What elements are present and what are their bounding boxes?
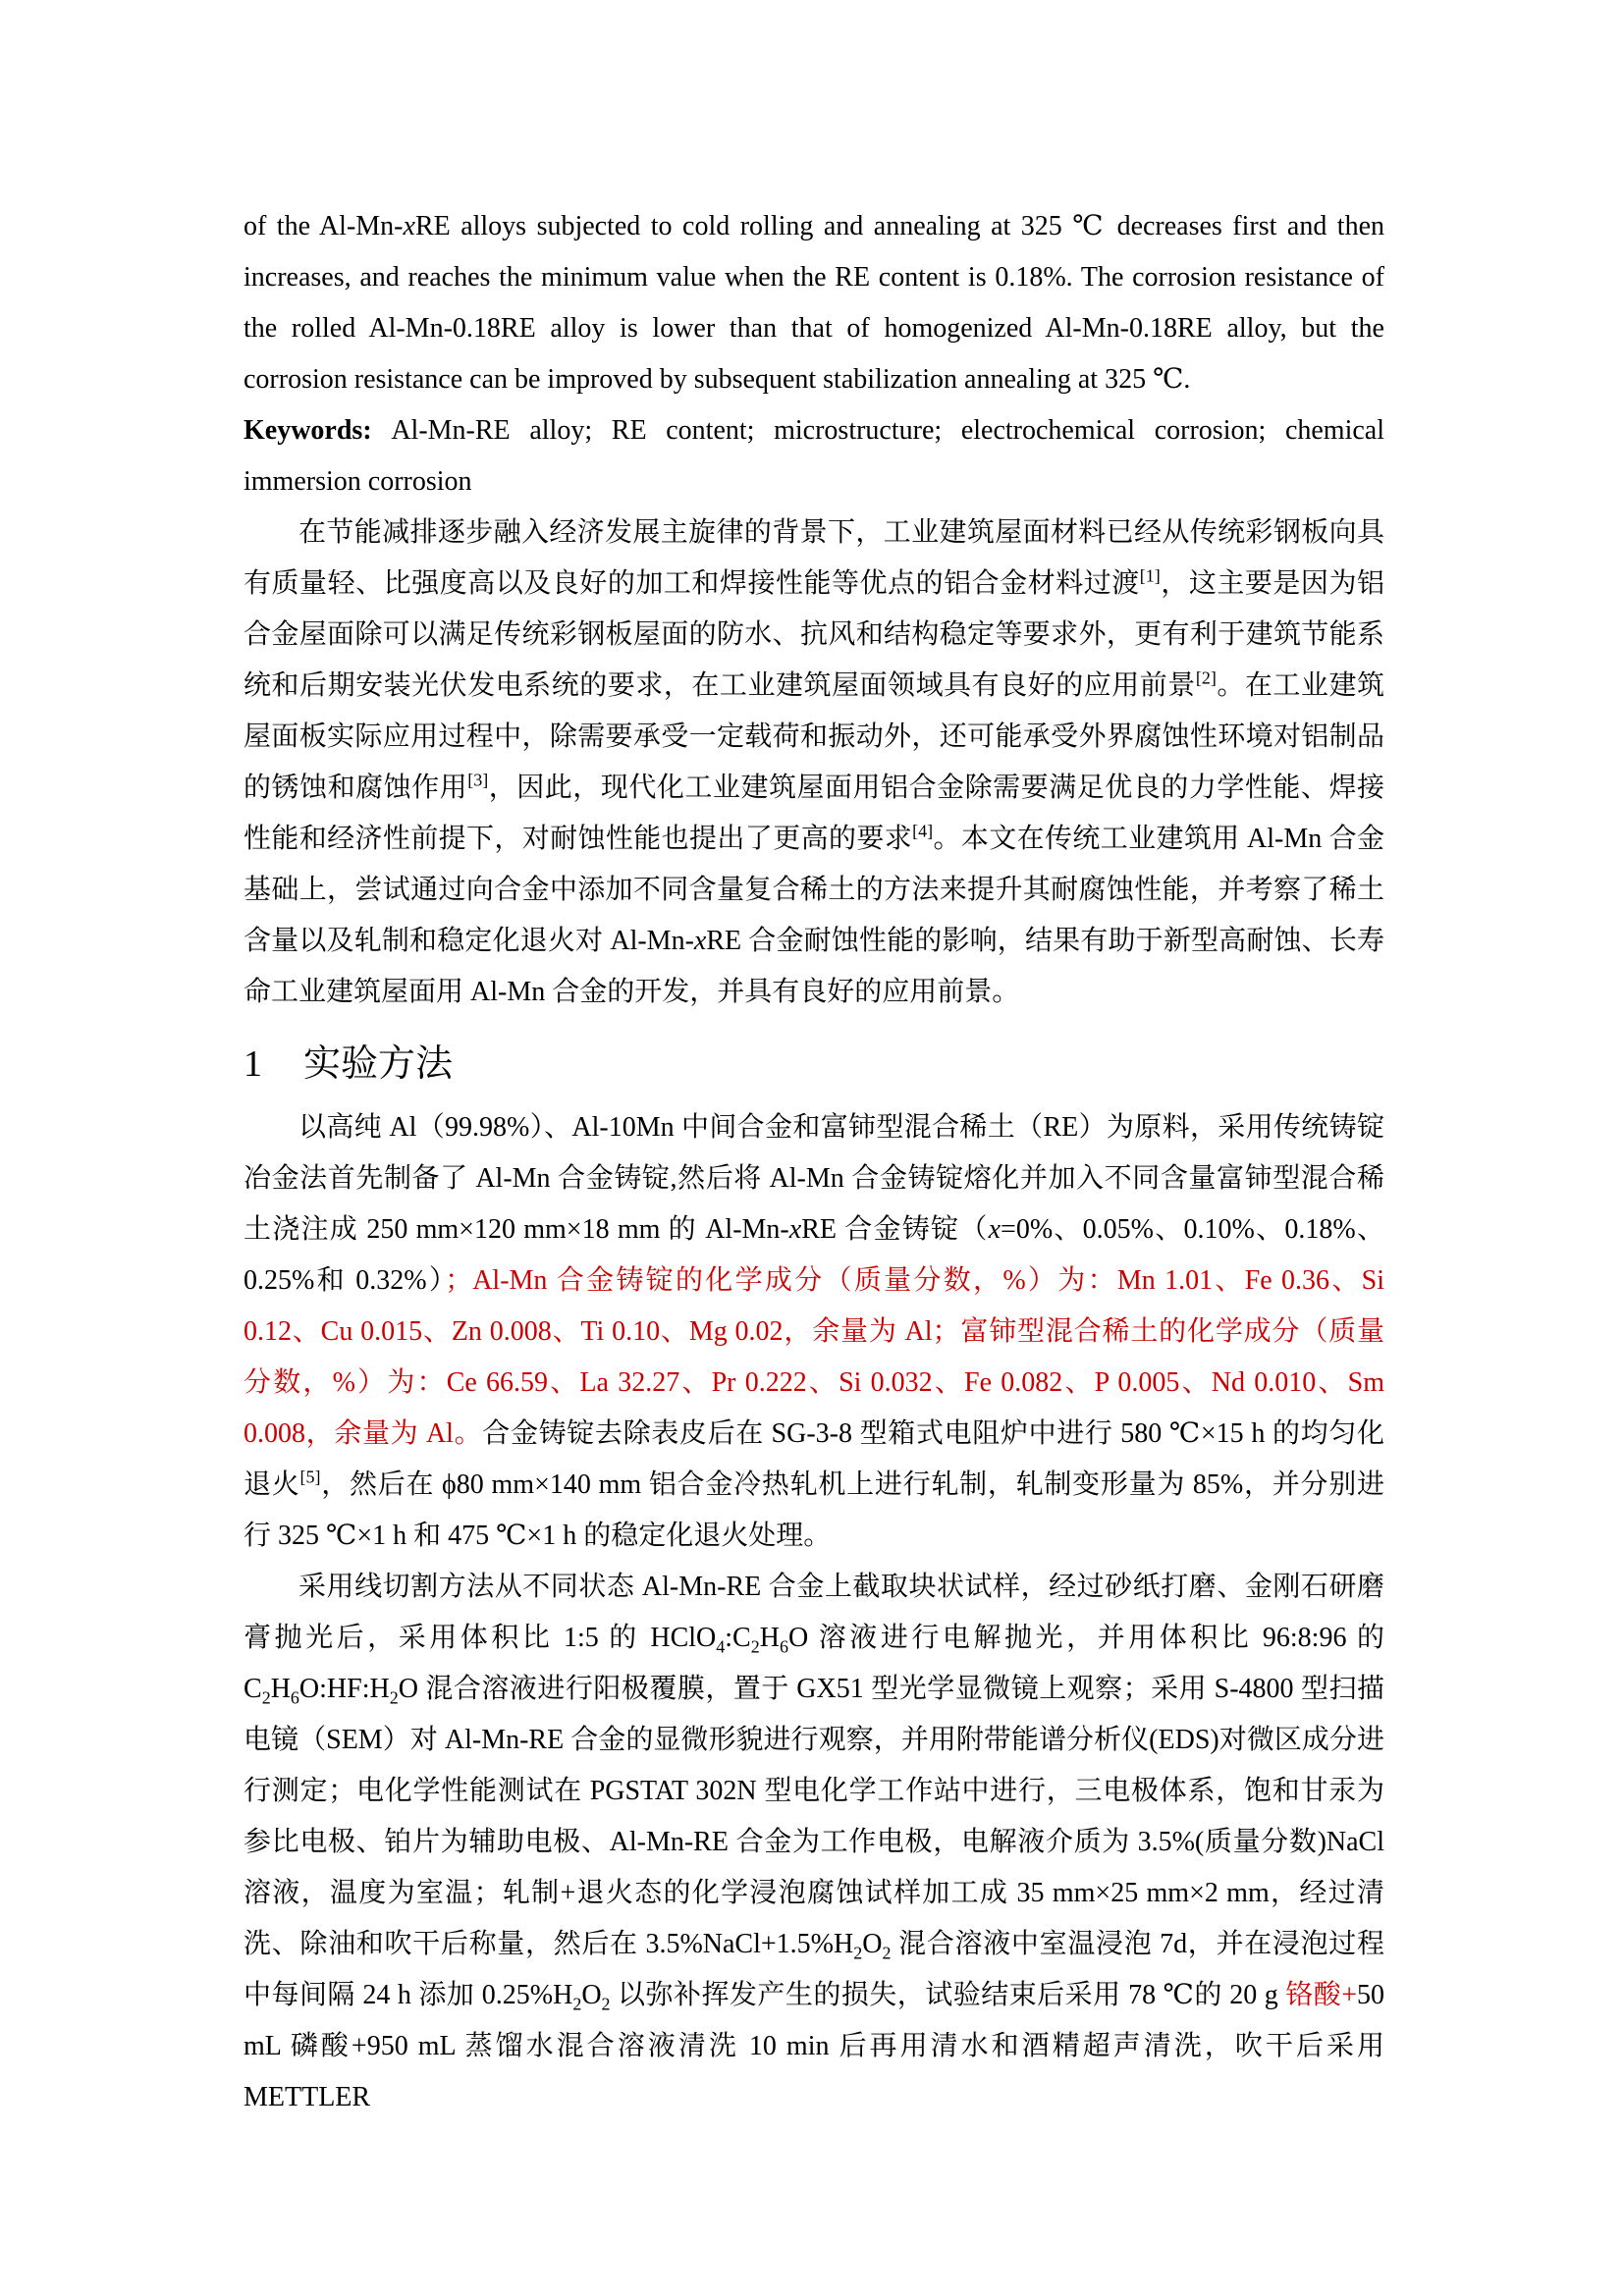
subscript-run: 6 [291, 1688, 299, 1708]
heading-number: 1 [244, 1043, 262, 1085]
subscript-run: 2 [853, 1944, 862, 1963]
citation-marker: [4] [912, 822, 933, 841]
italic-run: x [694, 926, 706, 956]
subscript-run: 2 [390, 1688, 399, 1708]
text-run: H [760, 1623, 780, 1653]
text-run: RE 合金铸锭（ [801, 1214, 988, 1245]
citation-marker: [5] [300, 1468, 321, 1487]
subscript-run: 2 [602, 1995, 611, 2014]
italic-run: x [989, 1214, 1001, 1245]
text-run: O 混合溶液进行阳极覆膜，置于 GX51 型光学显微镜上观察；采用 S-4800… [244, 1674, 1384, 1959]
text-run: RE alloys subjected to cold rolling and … [244, 211, 1384, 395]
text-run: Al-Mn-RE alloy; RE content; microstructu… [244, 415, 1384, 497]
introduction-paragraph: 在节能减排逐步融入经济发展主旋律的背景下，工业建筑屋面材料已经从传统彩钢板向具有… [244, 507, 1384, 1018]
text-run: O:HF:H [299, 1674, 390, 1704]
subscript-run: 2 [751, 1637, 760, 1657]
citation-marker: [3] [467, 771, 488, 790]
citation-marker: [1] [1140, 566, 1161, 586]
subscript-run: 6 [780, 1637, 788, 1657]
text-run: :C [725, 1623, 750, 1653]
italic-run: x [789, 1214, 801, 1245]
subscript-run: 2 [572, 1995, 581, 2014]
text-run: of the Al-Mn- [244, 211, 404, 241]
bold-label-run: Keywords: [244, 415, 391, 446]
methods-paragraph-1: 以高纯 Al（99.98%）、Al-10Mn 中间合金和富铈型混合稀土（RE）为… [244, 1102, 1384, 1562]
highlighted-text-run: 铬酸+ [1285, 1980, 1357, 2010]
text-run: 以弥补挥发产生的损失，试验结束后采用 78 ℃的 20 g [611, 1980, 1286, 2010]
subscript-run: 2 [262, 1688, 271, 1708]
subscript-run: 4 [716, 1637, 725, 1657]
text-run: O [862, 1929, 882, 1959]
text-run: O [581, 1980, 601, 2010]
text-run: H [271, 1674, 291, 1704]
methods-paragraph-2: 采用线切割方法从不同状态 Al-Mn-RE 合金上截取块状试样，经过砂纸打磨、金… [244, 1562, 1384, 2123]
text-run: ，然后在 ϕ80 mm×140 mm 铝合金冷热轧机上进行轧制，轧制变形量为 8… [244, 1469, 1384, 1551]
section-heading-1: 1实验方法 [244, 1036, 1384, 1093]
citation-marker: [2] [1196, 668, 1217, 688]
text-run: 实验方法 [303, 1043, 453, 1085]
abstract-continuation: of the Al-Mn-xRE alloys subjected to col… [244, 201, 1384, 405]
italic-run: x [404, 211, 415, 241]
document-page: of the Al-Mn-xRE alloys subjected to col… [0, 0, 1624, 2296]
keywords-line: Keywords: Al-Mn-RE alloy; RE content; mi… [244, 405, 1384, 507]
